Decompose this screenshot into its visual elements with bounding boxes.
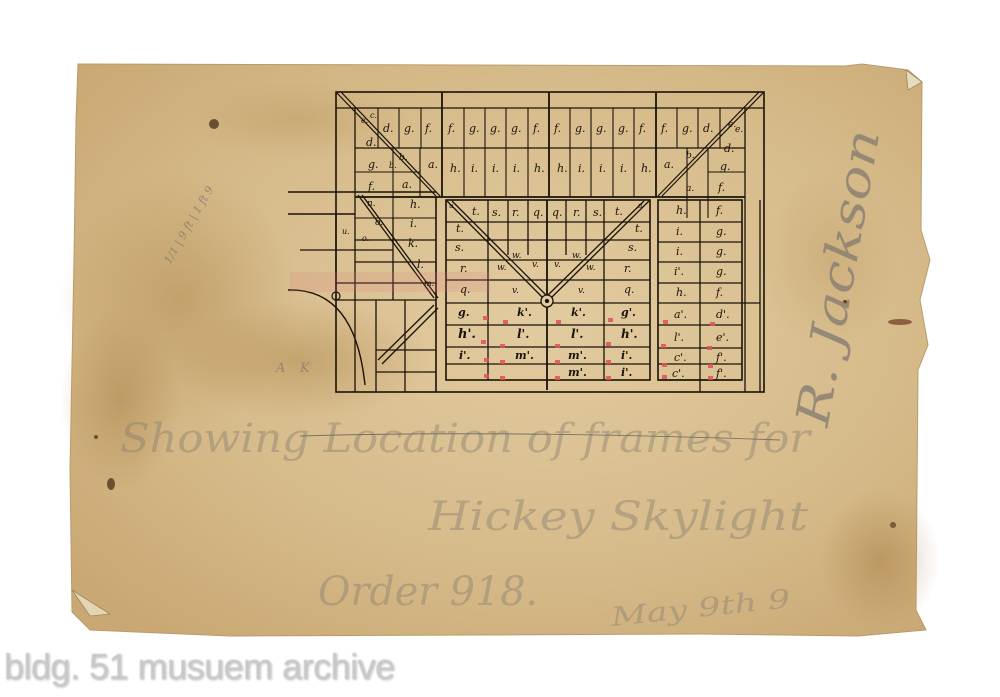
svg-text:w.: w.	[586, 263, 596, 273]
svg-text:q.: q.	[460, 283, 471, 296]
svg-text:q.: q.	[552, 206, 563, 219]
svg-text:t.: t.	[456, 222, 464, 235]
svg-text:f.: f.	[532, 122, 540, 135]
svg-text:v.: v.	[554, 260, 561, 270]
svg-text:f.: f.	[447, 122, 455, 135]
svg-text:c.: c.	[370, 111, 377, 120]
svg-text:K: K	[299, 361, 311, 376]
svg-text:c'.: c'.	[674, 351, 687, 364]
svg-text:b.: b.	[389, 161, 397, 170]
svg-text:u.: u.	[342, 227, 350, 236]
svg-text:f.: f.	[715, 204, 723, 217]
svg-text:g.: g.	[404, 122, 415, 135]
ink-spot	[888, 319, 912, 325]
svg-text:g.: g.	[490, 122, 501, 135]
svg-text:i.: i.	[676, 225, 683, 238]
svg-text:g.: g.	[716, 225, 727, 238]
svg-text:v.: v.	[532, 260, 539, 270]
archival-document: e. d. g. f. f. g. g. g. f. f. g. g. g. f…	[0, 0, 1000, 697]
svg-text:A: A	[275, 361, 285, 376]
svg-text:r.: r.	[512, 206, 520, 219]
svg-text:v.: v.	[578, 286, 585, 296]
svg-text:l'.: l'.	[517, 327, 529, 341]
svg-text:d.: d.	[383, 122, 394, 135]
svg-text:g.: g.	[511, 122, 522, 135]
svg-text:g.: g.	[618, 122, 629, 135]
svg-text:r.: r.	[573, 206, 581, 219]
svg-text:a.: a.	[686, 184, 694, 194]
svg-text:g.: g.	[575, 122, 586, 135]
svg-text:q.: q.	[624, 283, 635, 296]
svg-text:o.: o.	[375, 218, 383, 228]
svg-text:w.: w.	[497, 263, 507, 273]
water-stain	[60, 310, 180, 490]
svg-text:e'.: e'.	[716, 331, 729, 344]
svg-text:h.: h.	[676, 204, 687, 217]
svg-text:g.: g.	[458, 306, 470, 319]
svg-text:l'.: l'.	[571, 327, 583, 341]
svg-text:g.: g.	[368, 158, 379, 171]
svg-text:i.: i.	[410, 217, 417, 230]
svg-text:e.: e.	[735, 125, 743, 135]
svg-text:f.: f.	[660, 122, 668, 135]
document-scan: e. d. g. f. f. g. g. g. f. f. g. g. g. f…	[0, 0, 1000, 697]
svg-text:i.: i.	[578, 162, 585, 175]
title-line-2: Hickey Skylight	[427, 494, 809, 540]
svg-text:r.: r.	[460, 262, 468, 275]
svg-text:i.: i.	[599, 162, 606, 175]
svg-text:c'.: c'.	[672, 367, 685, 380]
svg-text:w.: w.	[512, 251, 522, 261]
svg-text:d'.: d'.	[716, 308, 730, 321]
water-stain	[820, 490, 940, 630]
svg-text:u: u	[449, 202, 454, 210]
svg-text:e.: e.	[361, 116, 368, 125]
svg-text:b.: b.	[399, 153, 408, 163]
svg-text:l.: l.	[417, 258, 424, 271]
svg-text:i.: i.	[620, 162, 627, 175]
svg-text:s.: s.	[628, 241, 637, 254]
svg-text:f'.: f'.	[715, 351, 727, 364]
svg-text:k.: k.	[408, 237, 418, 250]
svg-text:i.: i.	[513, 162, 520, 175]
svg-text:i.: i.	[492, 162, 499, 175]
svg-text:h.: h.	[410, 198, 421, 211]
svg-text:i'.: i'.	[674, 265, 684, 278]
svg-text:d.: d.	[724, 142, 735, 155]
svg-text:h.: h.	[450, 162, 461, 175]
svg-text:s.: s.	[492, 206, 501, 219]
svg-text:g.: g.	[716, 265, 727, 278]
svg-text:a.: a.	[664, 158, 674, 171]
svg-text:f.: f.	[367, 180, 375, 193]
svg-text:i'.: i'.	[621, 366, 633, 379]
svg-text:b.: b.	[686, 151, 695, 161]
svg-text:s.: s.	[455, 241, 464, 254]
svg-text:t.: t.	[635, 222, 643, 235]
svg-text:m'.: m'.	[568, 349, 587, 362]
svg-text:g.: g.	[716, 245, 727, 258]
svg-text:a'.: a'.	[674, 308, 687, 321]
ink-spot	[94, 435, 98, 439]
svg-text:w.: w.	[572, 251, 582, 261]
svg-text:m'.: m'.	[568, 366, 587, 379]
svg-text:i'.: i'.	[621, 349, 633, 362]
svg-text:o.: o.	[362, 234, 369, 243]
svg-text:f.: f.	[553, 122, 561, 135]
water-stain	[170, 300, 430, 420]
title-line-1: Showing Location of frames for	[120, 416, 813, 462]
svg-text:h.: h.	[557, 162, 568, 175]
svg-text:i.: i.	[471, 162, 478, 175]
svg-text:f'.: f'.	[715, 367, 727, 380]
ink-spot	[890, 522, 896, 528]
order-number: Order 918.	[318, 569, 538, 615]
ink-spot	[209, 119, 219, 129]
svg-text:f.: f.	[715, 286, 723, 299]
svg-text:f.: f.	[717, 181, 725, 194]
svg-text:s.: s.	[593, 206, 602, 219]
svg-text:q.: q.	[533, 206, 544, 219]
svg-text:g.: g.	[720, 160, 731, 173]
svg-text:u: u	[638, 202, 643, 210]
svg-text:k'.: k'.	[571, 306, 586, 319]
svg-text:m.: m.	[424, 279, 434, 288]
svg-text:g.: g.	[596, 122, 607, 135]
svg-text:i'.: i'.	[459, 349, 471, 362]
svg-text:a.: a.	[402, 178, 412, 191]
svg-text:g.: g.	[682, 122, 693, 135]
svg-text:a.: a.	[428, 158, 438, 171]
svg-text:d.: d.	[366, 136, 377, 149]
svg-text:l'.: l'.	[674, 331, 684, 344]
svg-text:v.: v.	[512, 286, 519, 296]
svg-text:t.: t.	[472, 205, 480, 218]
svg-text:h.: h.	[641, 162, 652, 175]
svg-text:i.: i.	[676, 245, 683, 258]
svg-text:k'.: k'.	[517, 306, 532, 319]
svg-text:h.: h.	[534, 162, 545, 175]
svg-text:g.: g.	[469, 122, 480, 135]
svg-text:h.: h.	[676, 286, 687, 299]
svg-text:f.: f.	[638, 122, 646, 135]
ink-spot	[107, 478, 115, 490]
svg-text:n.: n.	[367, 199, 376, 209]
svg-text:d.: d.	[703, 122, 714, 135]
svg-text:h'.: h'.	[621, 327, 638, 341]
svg-text:r.: r.	[624, 262, 632, 275]
svg-text:m'.: m'.	[515, 349, 534, 362]
svg-text:h'.: h'.	[458, 327, 476, 342]
svg-text:t.: t.	[615, 205, 623, 218]
svg-text:f.: f.	[424, 122, 432, 135]
svg-text:g'.: g'.	[621, 306, 636, 319]
archive-watermark: bldg. 51 musuem archive	[4, 646, 395, 688]
